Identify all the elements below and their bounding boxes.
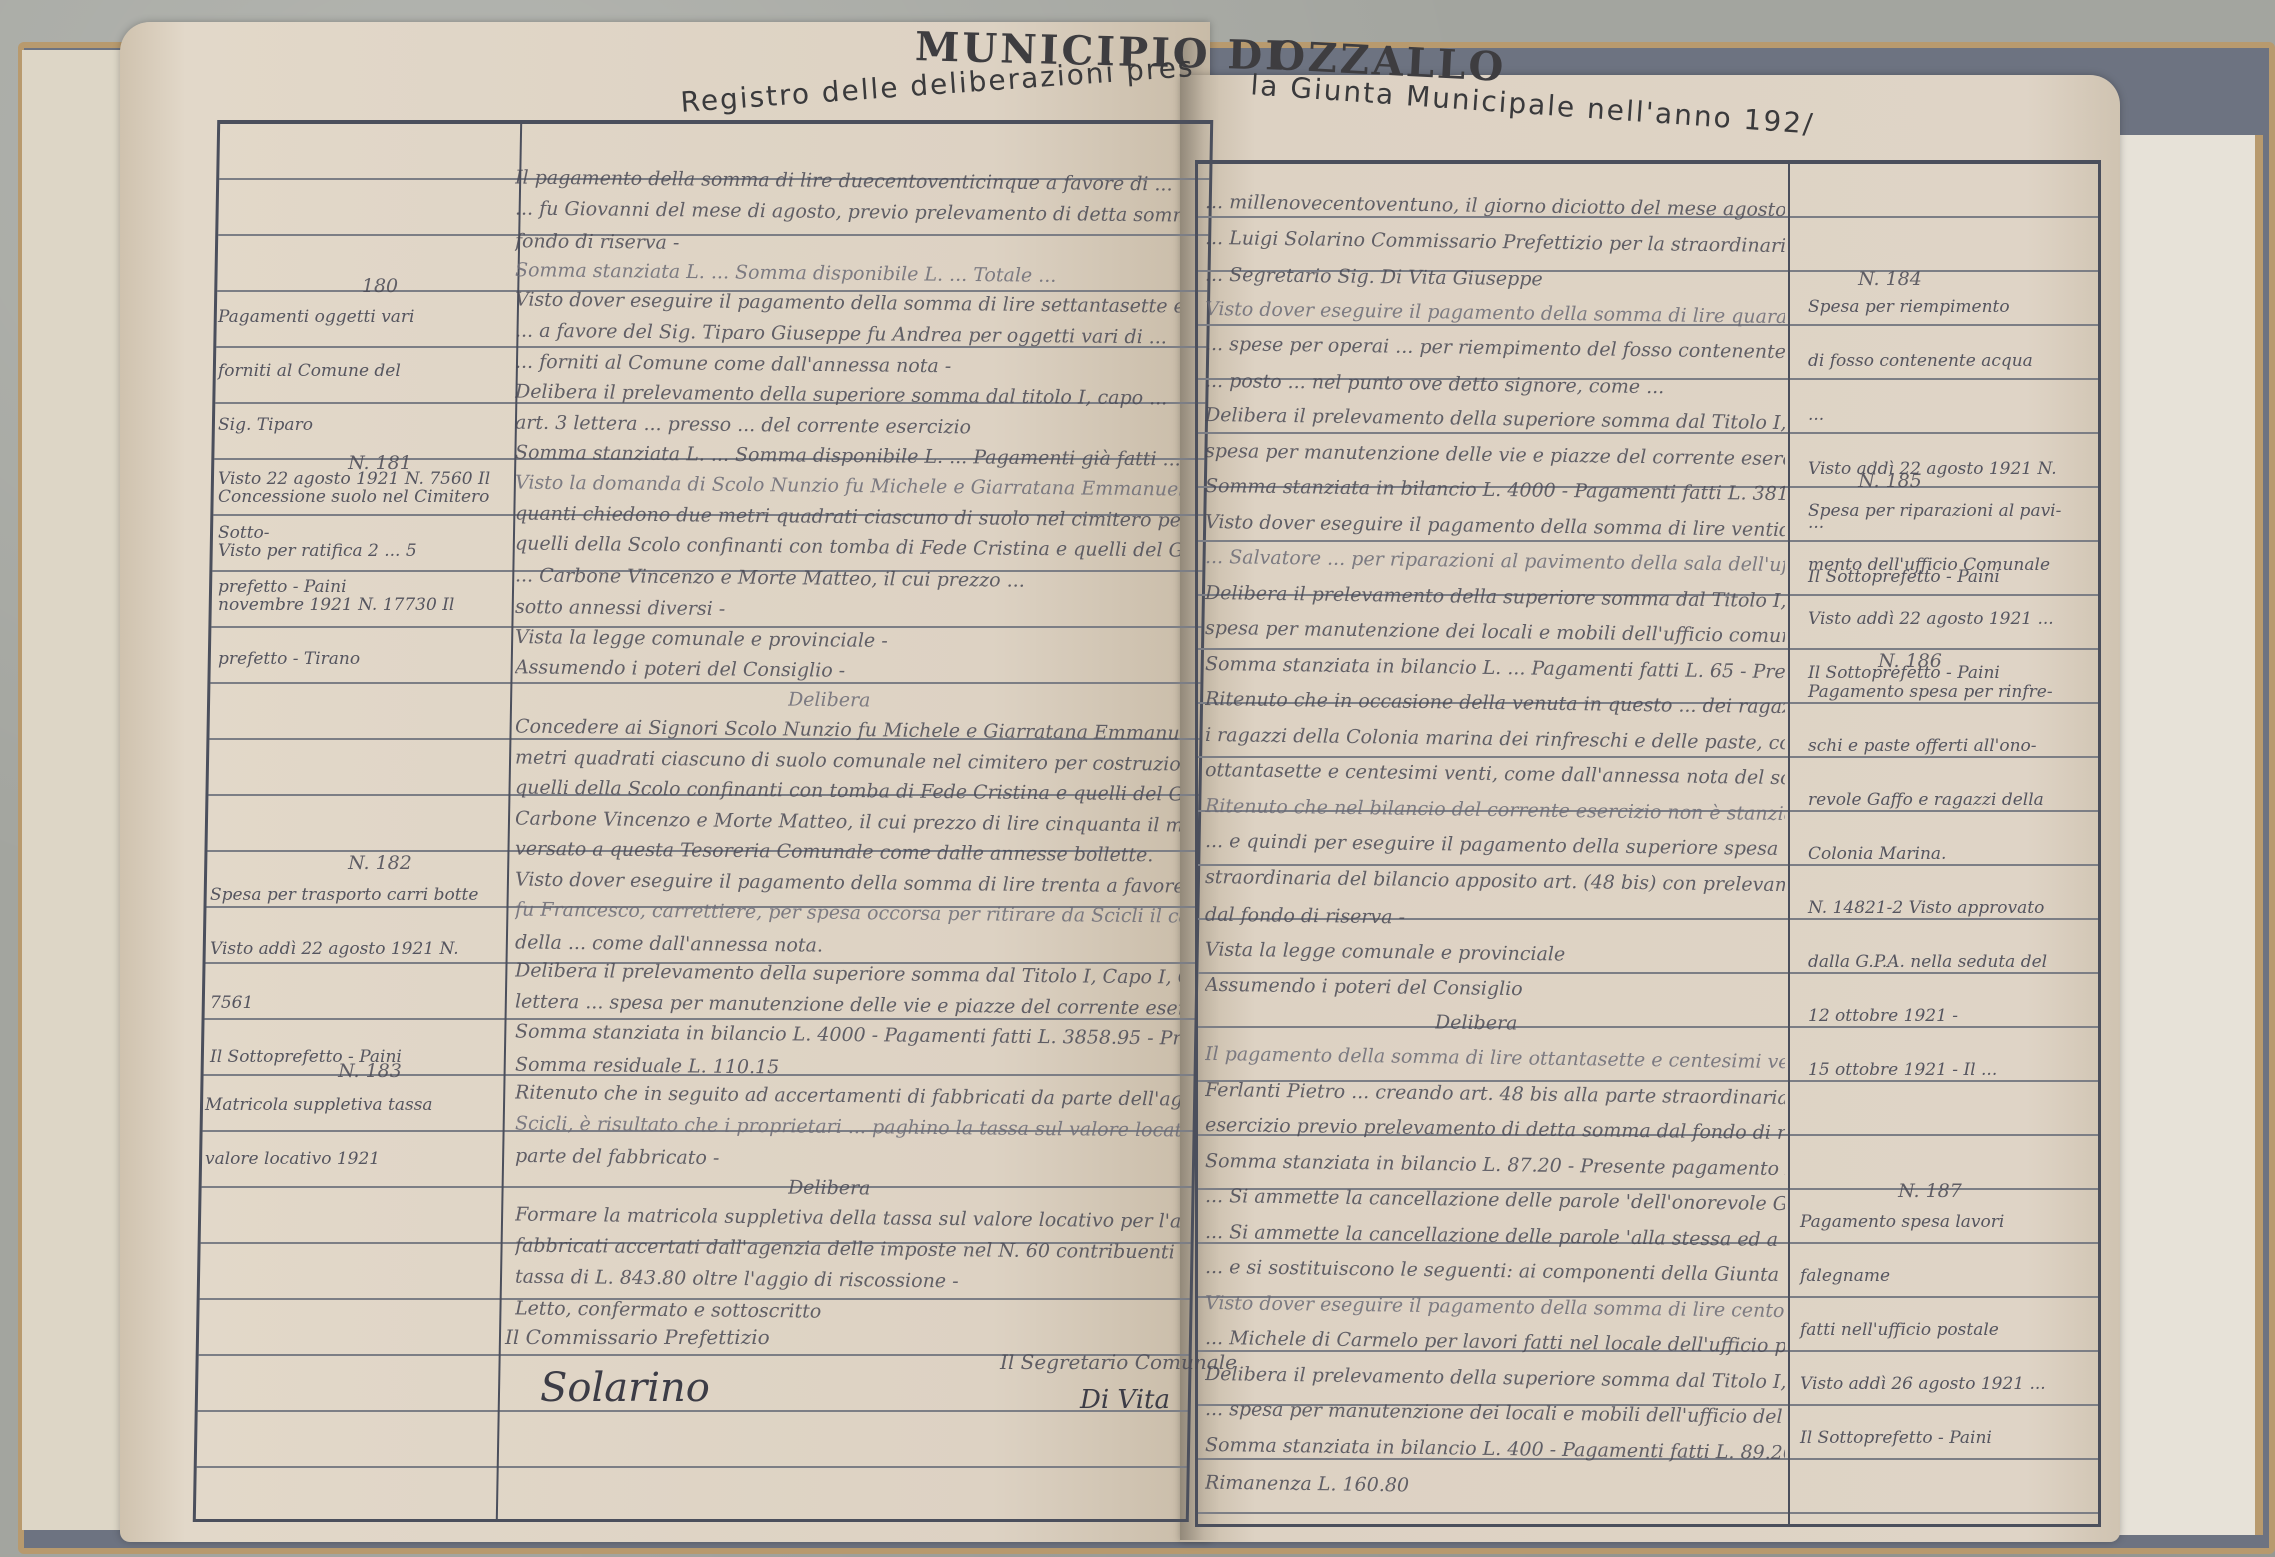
handwritten-line: ... Segretario Sig. Di Vita Giuseppe	[1205, 264, 1543, 291]
margin-note: Matricola suppletiva tassa valore locati…	[205, 1078, 495, 1186]
signature-label-secretary: Il Segretario Comunale	[1000, 1350, 1237, 1374]
handwritten-line: Assumendo i poteri del Consiglio	[1205, 974, 1523, 1000]
signature-label-commissioner: Il Commissario Prefettizio	[505, 1325, 770, 1349]
handwritten-line: sotto annessi diversi -	[515, 596, 725, 620]
handwritten-line: Delibera	[787, 1176, 870, 1199]
handwritten-line: Vista la legge comunale e provinciale -	[515, 626, 888, 652]
handwritten-line: parte del fabbricato -	[515, 1145, 720, 1169]
handwritten-line: dal fondo di riserva -	[1205, 904, 1405, 929]
handwritten-line: ... forniti al Comune come dall'annessa …	[515, 351, 951, 378]
margin-note: Pagamento spesa lavori falegname fatti n…	[1800, 1195, 2070, 1465]
margin-note: Spesa per trasporto carri botte Visto ad…	[210, 868, 500, 1084]
handwritten-line: Vista la legge comunale e provinciale	[1205, 938, 1566, 965]
right-page-stack	[2110, 135, 2263, 1535]
margin-note: Pagamento spesa per rinfre- schi e paste…	[1808, 665, 2078, 1097]
handwritten-line: ... Carbone Vincenzo e Morte Matteo, il …	[515, 564, 1025, 591]
handwritten-line: tassa di L. 843.80 oltre l'aggio di risc…	[515, 1266, 959, 1293]
margin-note: Concessione suolo nel Cimitero Visto per…	[218, 470, 508, 686]
handwritten-line: Rimanenza L. 160.80	[1205, 1472, 1409, 1497]
signature-commissioner: Solarino	[540, 1365, 710, 1411]
signature-secretary: Di Vita	[1080, 1385, 1170, 1415]
handwritten-line: Delibera	[1435, 1011, 1518, 1034]
right-column-divider	[1788, 164, 1790, 1524]
handwritten-line: Assumendo i poteri del Consiglio -	[515, 656, 845, 681]
handwritten-line: Somma residuale L. 110.15	[515, 1053, 779, 1078]
handwritten-line: della ... come dall'annessa nota.	[515, 931, 823, 956]
handwritten-line: Delibera	[787, 688, 870, 711]
handwritten-line: fondo di riserva -	[515, 230, 680, 254]
handwritten-line: Letto, confermato e sottoscritto	[515, 1297, 821, 1322]
